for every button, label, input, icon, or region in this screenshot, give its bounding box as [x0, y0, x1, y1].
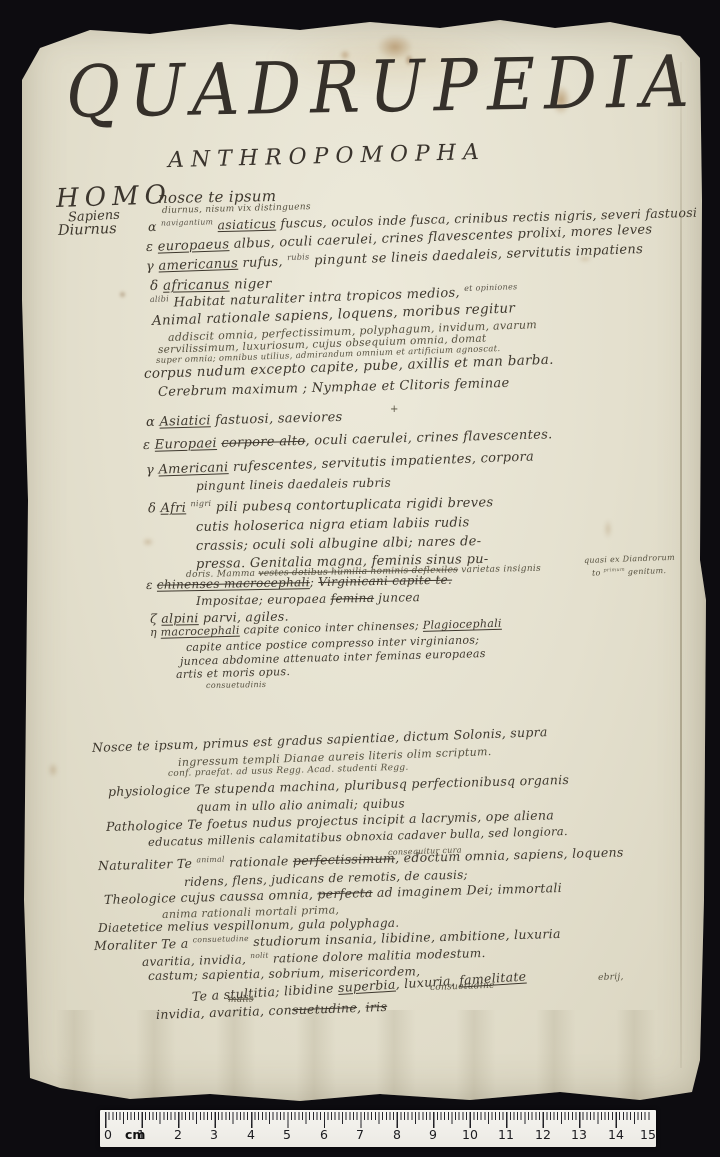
ruler-label: 12 [535, 1127, 551, 1142]
ruler-label: 4 [247, 1127, 255, 1142]
stain [46, 760, 60, 780]
ruler-label: 8 [393, 1127, 401, 1142]
manuscript-line: δ Afri nigri pili pubesq contortuplicata… [148, 494, 494, 516]
ruler-label: 3 [210, 1127, 218, 1142]
ruler-label: 11 [498, 1127, 514, 1142]
interline-note: ebrij, [598, 972, 624, 983]
stain [602, 516, 614, 542]
manuscript-photo: QUADRUPEDIA ANTHROPOMOPHA HOMO Sapiens D… [0, 0, 720, 1157]
manuscript-line: Naturaliter Te animal rationale perfecti… [98, 844, 624, 873]
ruler-ticks [105, 1112, 652, 1128]
ruler-label: 0 [104, 1127, 112, 1142]
manuscript-line: ε Europaei corpore alto, oculi caerulei,… [143, 427, 553, 453]
stain [140, 536, 156, 548]
manuscript-line: α Asiatici fastuosi, saeviores [146, 410, 343, 430]
ruler-label: 9 [429, 1127, 437, 1142]
manuscript-line: crassis; oculi soli albugine albi; nares… [196, 534, 482, 554]
epithet-label: Diurnus [58, 221, 117, 239]
ruler-label: 14 [608, 1127, 624, 1142]
manuscript-page: QUADRUPEDIA ANTHROPOMOPHA HOMO Sapiens D… [16, 18, 708, 1105]
ruler-label: 7 [356, 1127, 364, 1142]
manuscript-line: cutis holoserica nigra etiam labiis rudi… [196, 515, 470, 535]
manuscript-line: artis et moris opus. [176, 665, 290, 681]
manuscript-line: γ Americani rufescentes, servitutis impa… [146, 449, 535, 478]
marginal-note: to primum genitum. [592, 565, 667, 577]
ruler-label: 13 [571, 1127, 587, 1142]
ruler-label: 15 [640, 1127, 656, 1142]
ruler-label: 1 [137, 1127, 145, 1142]
ruler-label: 2 [174, 1127, 182, 1142]
page-title: QUADRUPEDIA [65, 40, 698, 134]
marginal-note: quasi ex Diandrorum [584, 553, 675, 565]
page-subtitle: ANTHROPOMOPHA [168, 140, 486, 173]
manuscript-line: Impositae; europaea femina juncea [196, 590, 420, 608]
manuscript-line: pingunt lineis daedaleis rubris [196, 476, 391, 493]
ruler-label: 10 [462, 1127, 478, 1142]
paper-cockling-shading [16, 1010, 708, 1105]
ruler-label: 5 [283, 1127, 291, 1142]
scale-ruler: cm 0 1 2 3 4 5 6 7 8 9 10 11 12 13 14 15 [100, 1110, 656, 1147]
insertion-mark: + [390, 404, 399, 415]
ruler-label: 6 [320, 1127, 328, 1142]
manuscript-line: consuetudinis [206, 680, 266, 690]
stain [118, 290, 127, 299]
